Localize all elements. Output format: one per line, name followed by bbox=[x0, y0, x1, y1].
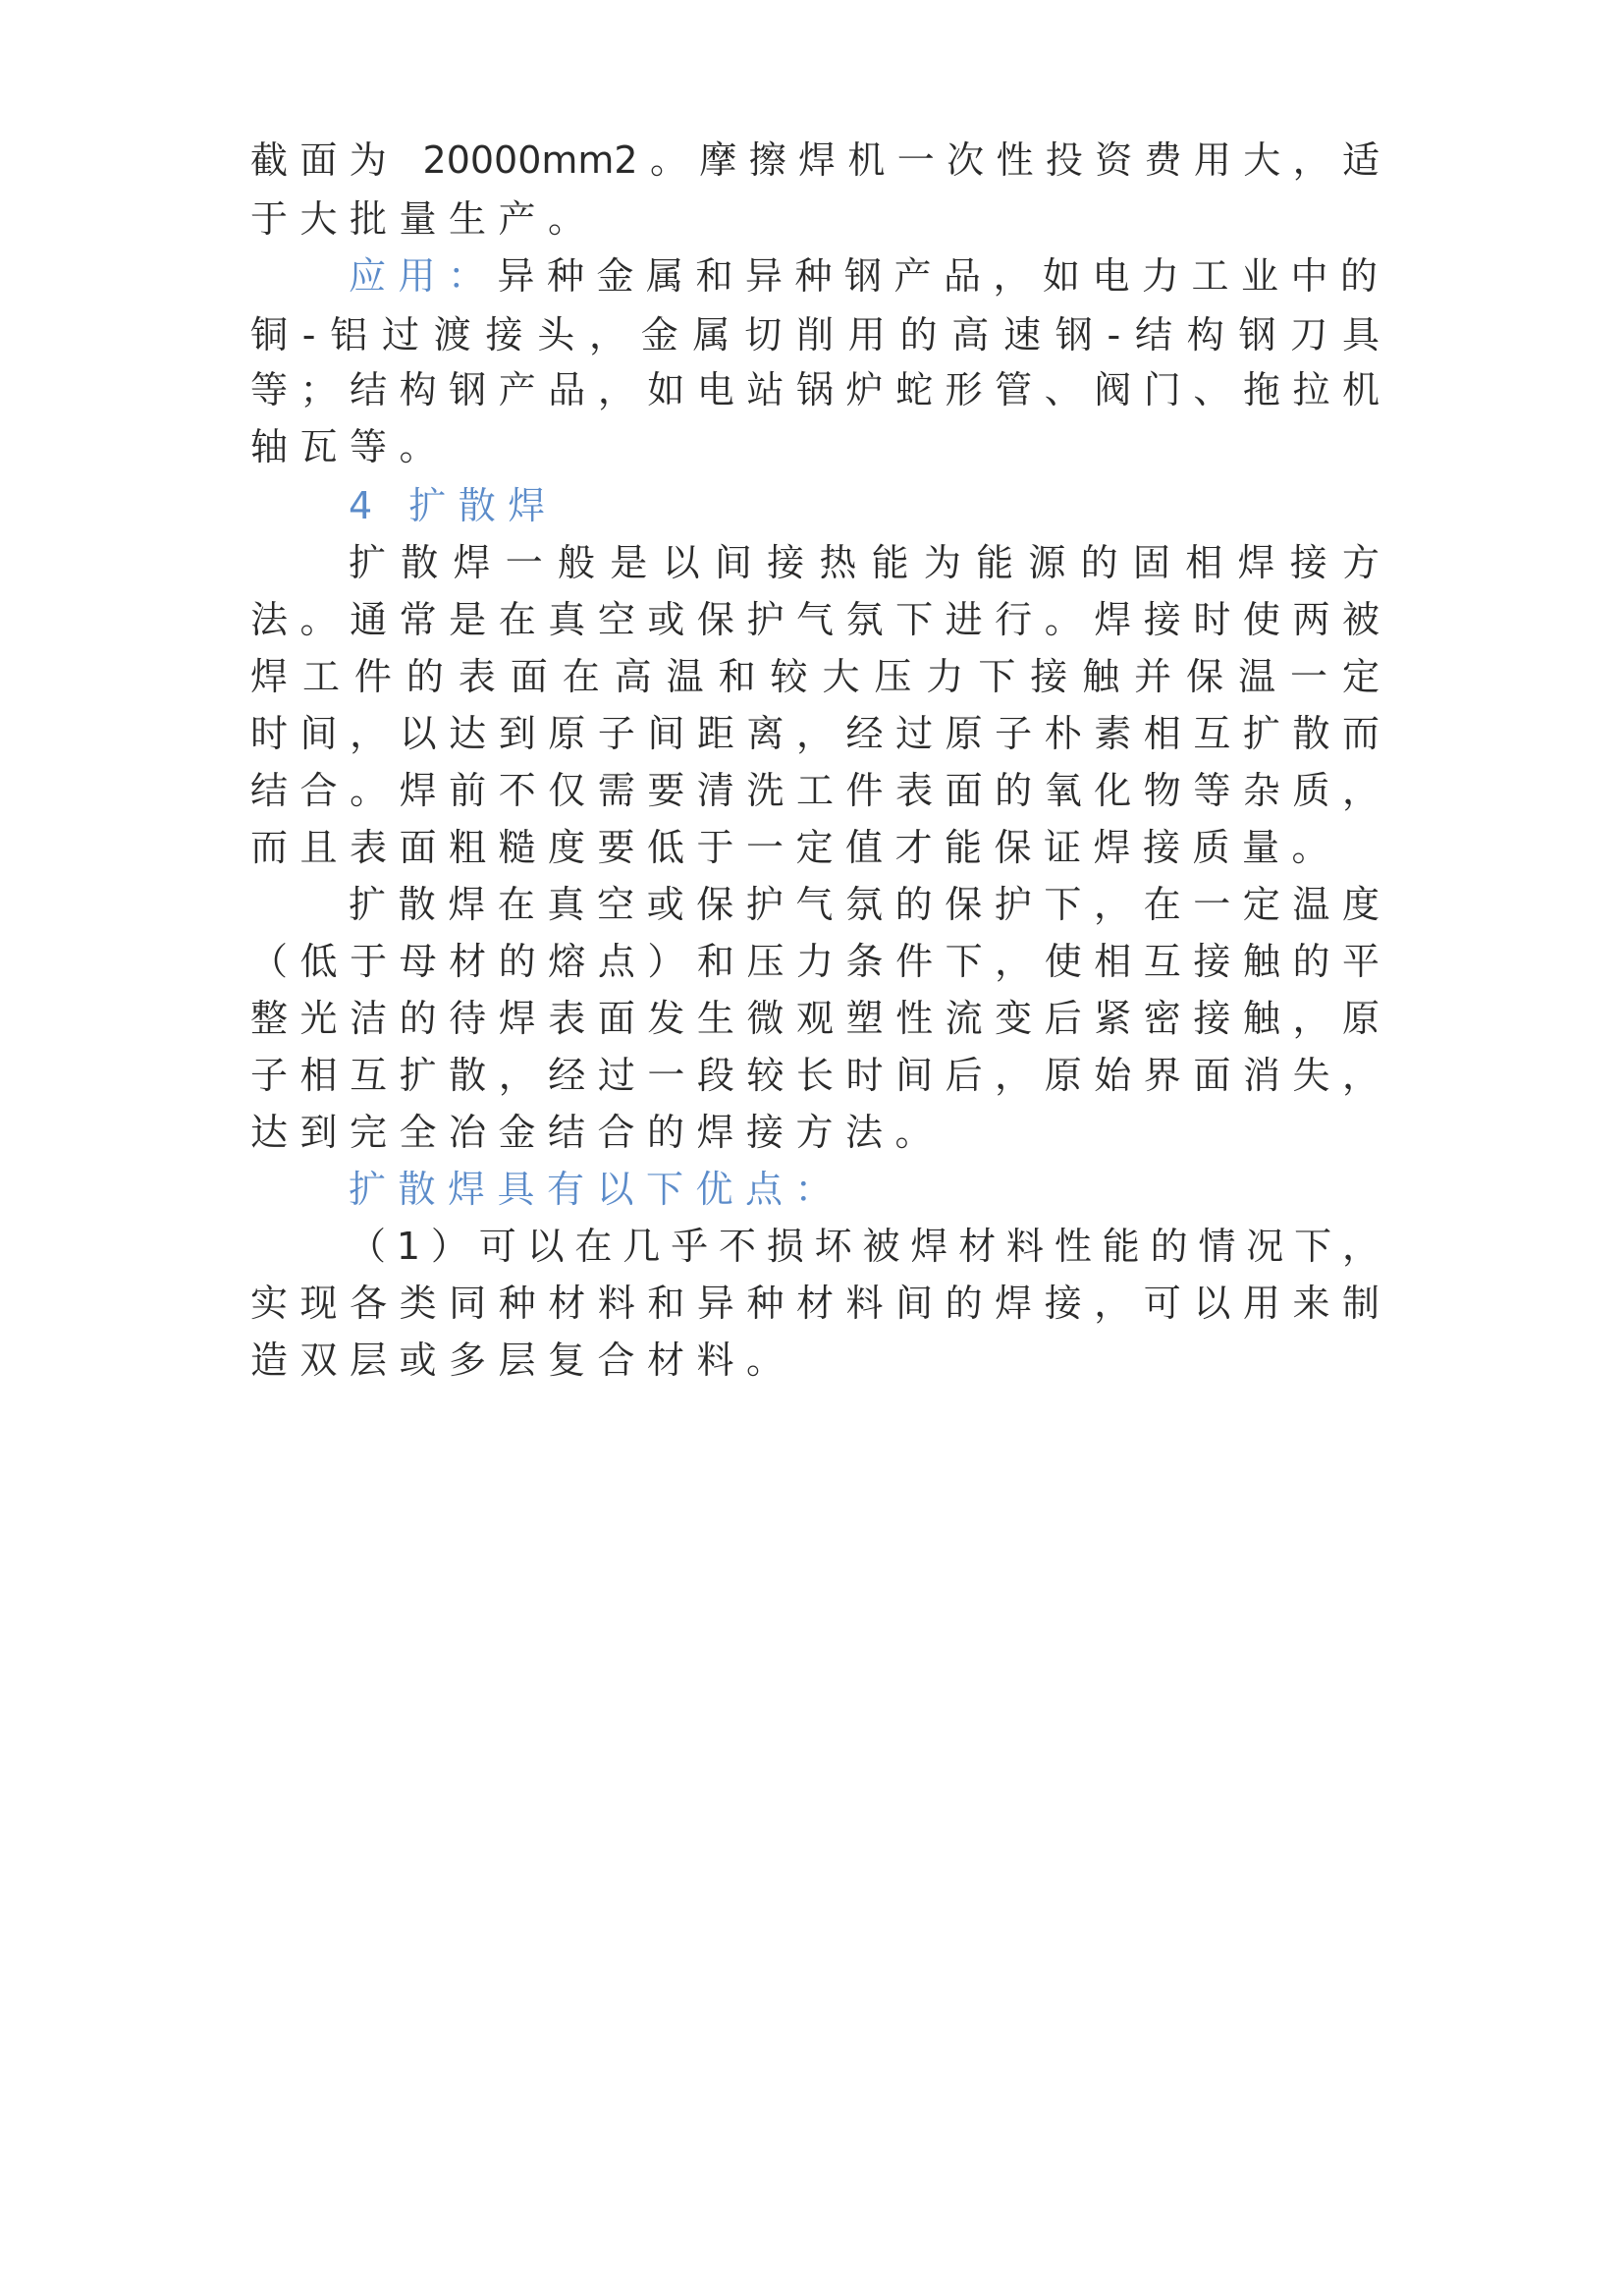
paragraph-line: （低于母材的熔点）和压力条件下，使相互接触的平 bbox=[250, 937, 1380, 986]
section-heading: 4 扩散焊 bbox=[349, 481, 1380, 530]
paragraph-line: 而且表面粗糙度要低于一定值才能保证焊接质量。 bbox=[250, 823, 1380, 872]
paragraph-line: 焊工件的表面在高温和较大压力下接触并保温一定 bbox=[250, 652, 1380, 701]
list-item-line: 造双层或多层复合材料。 bbox=[250, 1336, 1380, 1385]
paragraph-line: 于大批量生产。 bbox=[250, 194, 1380, 244]
paragraph-line: 法。通常是在真空或保护气氛下进行。焊接时使两被 bbox=[250, 595, 1380, 644]
paragraph-line: 整光洁的待焊表面发生微观塑性流变后紧密接触，原 bbox=[250, 994, 1380, 1043]
paragraph-line: 结合。焊前不仅需要清洗工件表面的氧化物等杂质， bbox=[250, 766, 1380, 815]
paragraph-line: 轴瓦等。 bbox=[250, 422, 1380, 471]
list-item-line: （1）可以在几乎不损坏被焊材料性能的情况下， bbox=[349, 1222, 1380, 1271]
paragraph-line: 扩散焊在真空或保护气氛的保护下，在一定温度 bbox=[349, 880, 1380, 929]
paragraph-line: 时间，以达到原子间距离，经过原子朴素相互扩散而 bbox=[250, 709, 1380, 758]
paragraph-line: 铜-铝过渡接头，金属切削用的高速钢-结构钢刀具 bbox=[250, 310, 1380, 359]
application-paragraph-line: 应用：异种金属和异种钢产品，如电力工业中的 bbox=[349, 251, 1380, 301]
application-text: 异种金属和异种钢产品，如电力工业中的 bbox=[498, 254, 1390, 298]
application-label: 应用： bbox=[349, 254, 498, 298]
paragraph-line: 达到完全冶金结合的焊接方法。 bbox=[250, 1108, 1380, 1157]
list-item-line: 实现各类同种材料和异种材料间的焊接，可以用来制 bbox=[250, 1279, 1380, 1328]
paragraph-line: 扩散焊一般是以间接热能为能源的固相焊接方 bbox=[349, 538, 1380, 587]
paragraph-line: 截面为 20000mm2。摩擦焊机一次性投资费用大，适 bbox=[250, 136, 1380, 185]
advantages-heading: 扩散焊具有以下优点： bbox=[349, 1165, 1380, 1214]
paragraph-line: 等；结构钢产品，如电站锅炉蛇形管、阀门、拖拉机 bbox=[250, 365, 1380, 414]
paragraph-line: 子相互扩散，经过一段较长时间后，原始界面消失， bbox=[250, 1051, 1380, 1100]
